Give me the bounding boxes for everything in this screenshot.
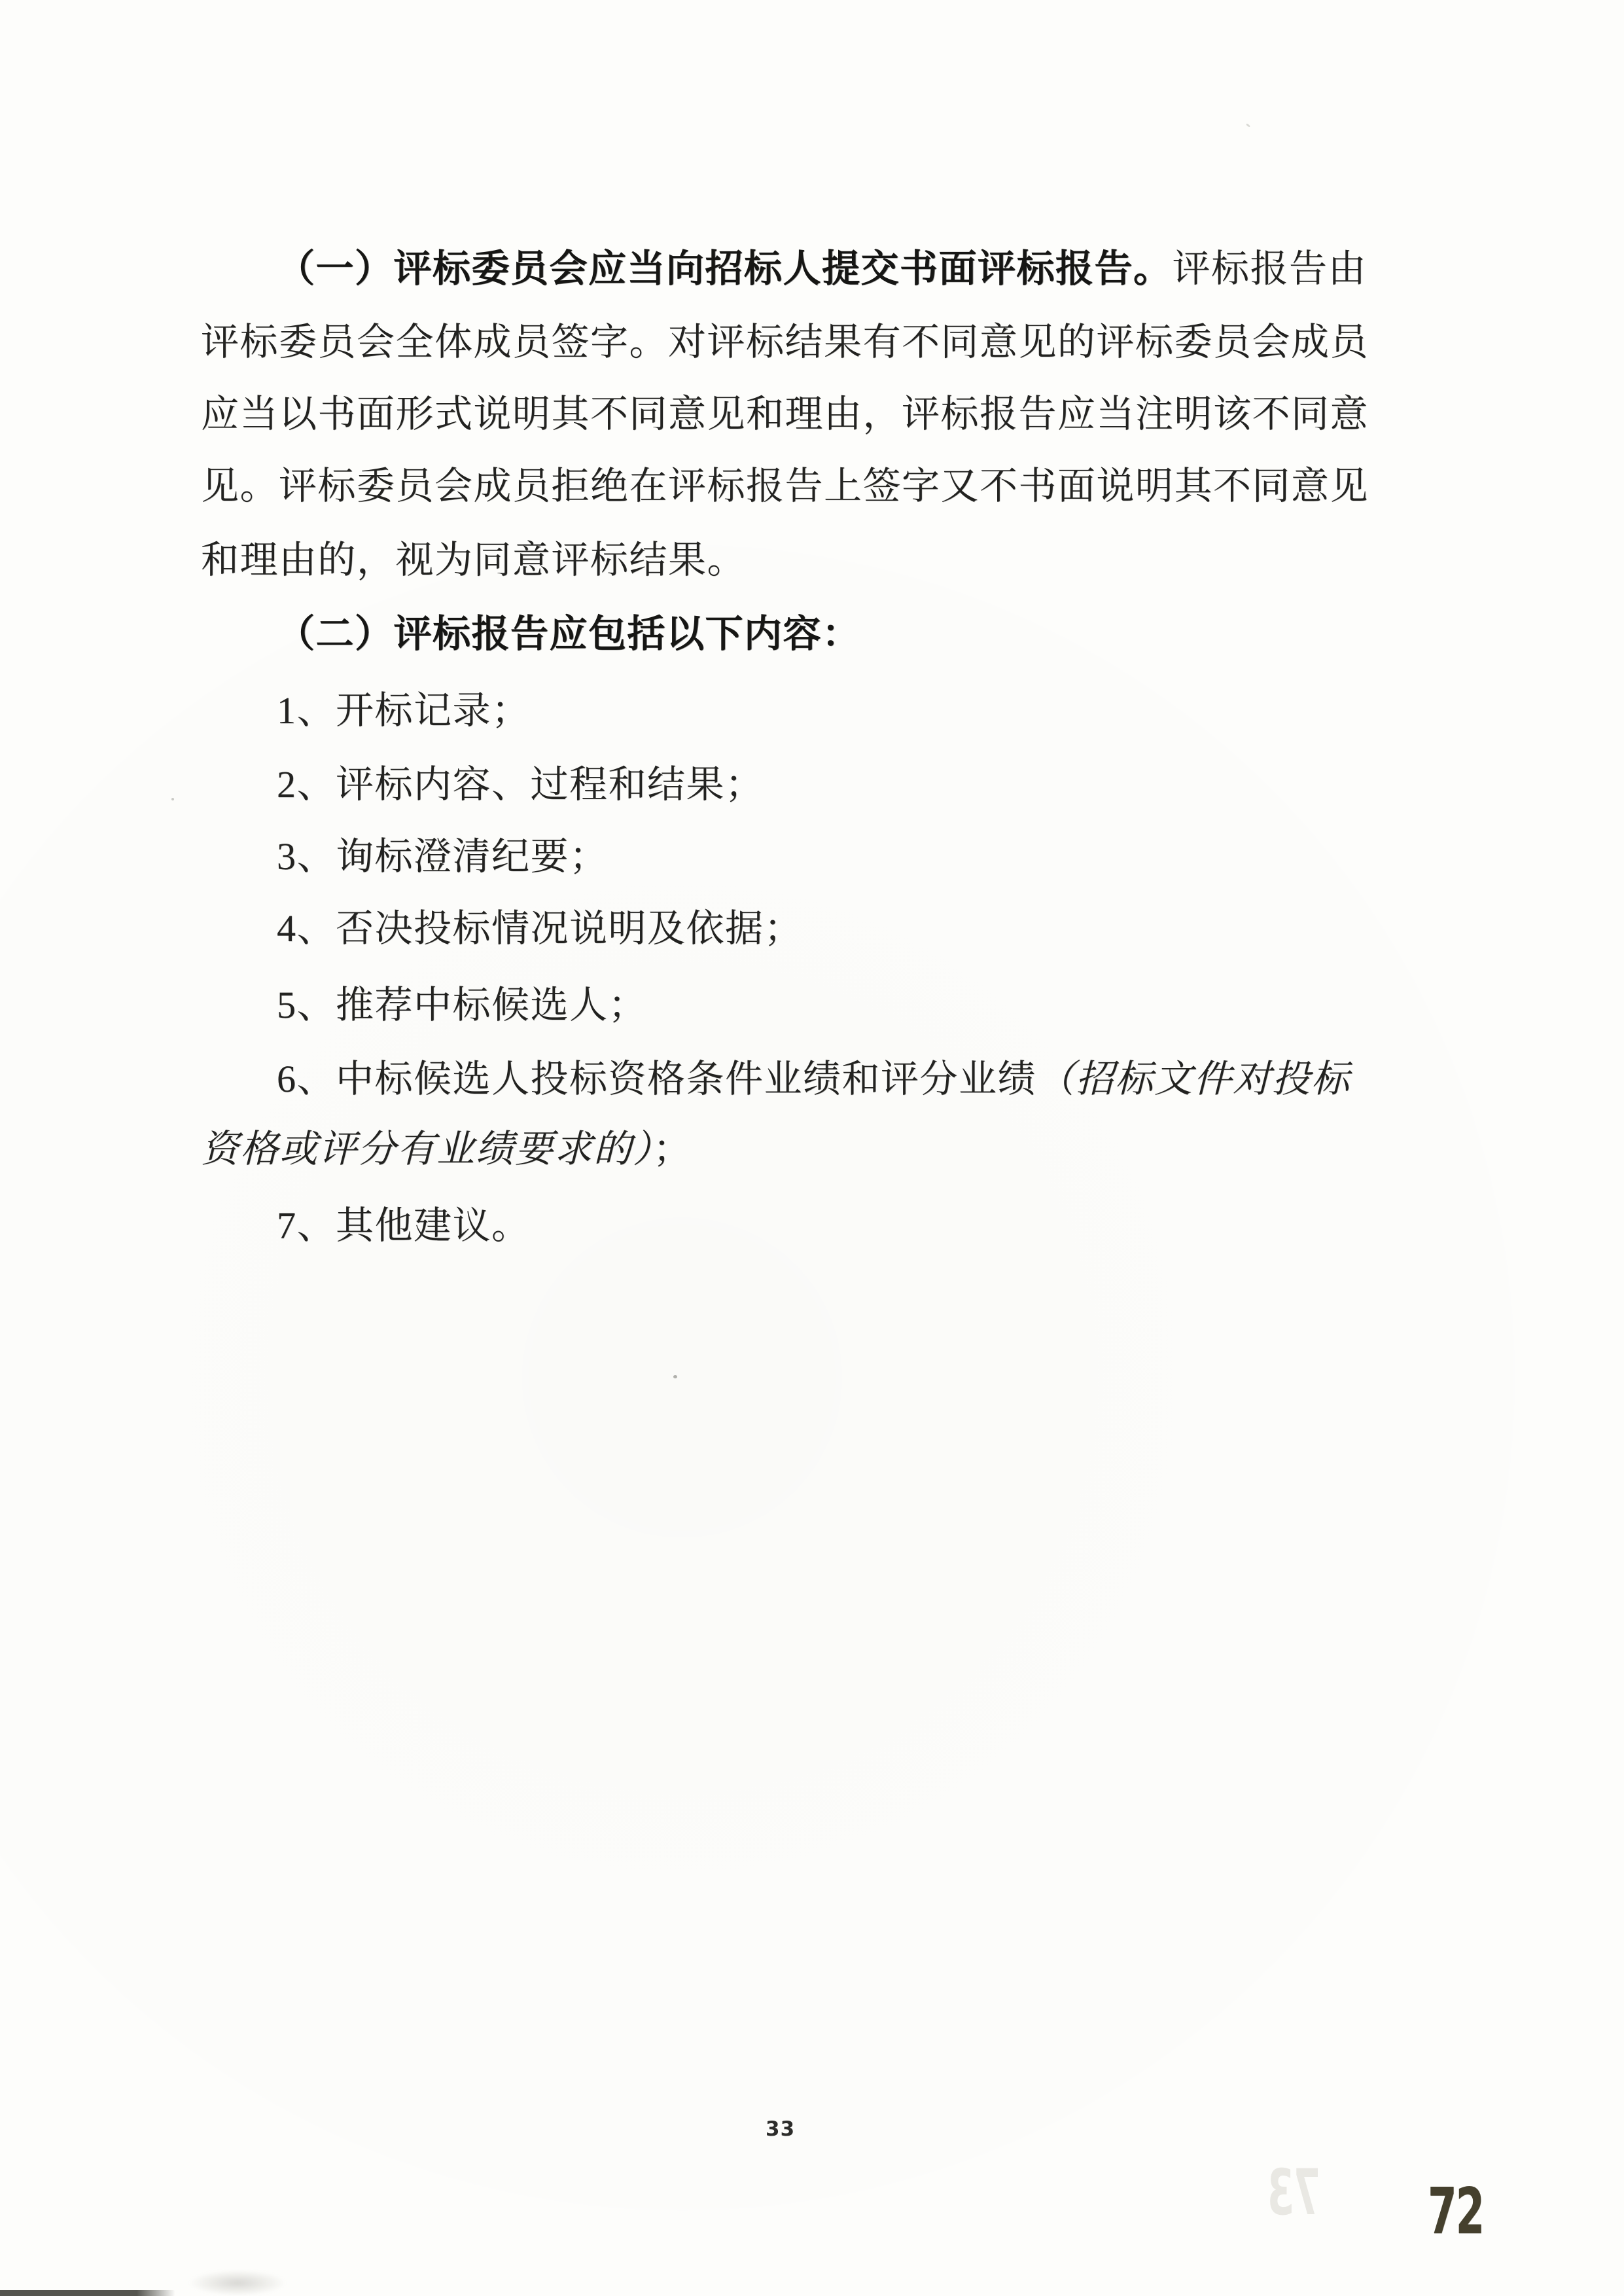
paragraph-line: 应当以书面形式说明其不同意见和理由，评标报告应当注明该不同意	[201, 395, 1369, 433]
body-text: 7、其他建议。	[277, 1204, 531, 1247]
document-page: （一）评标委员会应当向招标人提交书面评标报告。评标报告由 评标委员会全体成员签字…	[0, 0, 1624, 2296]
scan-smudge	[188, 2270, 287, 2296]
parenthetical-note: （招标文件对投标	[1036, 1058, 1350, 1100]
list-item-4: 4、否决投标情况说明及依据；	[277, 910, 803, 948]
body-text: 2、评标内容、过程和结果；	[277, 763, 764, 806]
paragraph-line: 和理由的，视为同意评标结果。	[201, 541, 746, 579]
scan-speck	[1246, 123, 1250, 128]
body-text: ；	[653, 1128, 692, 1170]
body-text: 评标报告由	[1173, 247, 1368, 290]
body-text: 5、推荐中标候选人；	[277, 984, 647, 1026]
list-item-7: 7、其他建议。	[277, 1207, 531, 1245]
section-heading: （二）评标报告应包括以下内容：	[277, 615, 861, 653]
stamped-page-number: 72	[1428, 2179, 1483, 2243]
paragraph-line: （一）评标委员会应当向招标人提交书面评标报告。评标报告由	[277, 250, 1367, 288]
body-text: 4、否决投标情况说明及依据；	[277, 907, 803, 950]
heading-sentence: （一）评标委员会应当向招标人提交书面评标报告。	[277, 247, 1173, 290]
page-number: 33	[766, 2119, 795, 2140]
paragraph-line: 见。评标委员会成员拒绝在评标报告上签字又不书面说明其不同意见	[201, 467, 1369, 505]
heading-sentence: （二）评标报告应包括以下内容：	[277, 613, 861, 655]
list-item-6: 6、中标候选人投标资格条件业绩和评分业绩（招标文件对投标	[277, 1060, 1350, 1098]
ghost-page-number: 73	[1268, 2161, 1320, 2224]
body-text: 1、开标记录；	[277, 689, 531, 732]
body-text: 应当以书面形式说明其不同意见和理由，评标报告应当注明该不同意	[201, 393, 1369, 435]
body-text: 和理由的，视为同意评标结果。	[201, 539, 746, 581]
list-item-5: 5、推荐中标候选人；	[277, 986, 647, 1024]
list-item-1: 1、开标记录；	[277, 692, 531, 730]
body-text: 评标委员会全体成员签字。对评标结果有不同意见的评标委员会成员	[201, 321, 1369, 363]
parenthetical-note: 资格或评分有业绩要求的）	[201, 1128, 653, 1170]
scan-edge-shadow	[0, 2290, 175, 2296]
list-item-2: 2、评标内容、过程和结果；	[277, 766, 764, 804]
paragraph-line: 评标委员会全体成员签字。对评标结果有不同意见的评标委员会成员	[201, 323, 1369, 361]
list-item-3: 3、询标澄清纪要；	[277, 838, 609, 876]
body-text: 见。评标委员会成员拒绝在评标报告上签字又不书面说明其不同意见	[201, 465, 1369, 507]
list-item-6-continued: 资格或评分有业绩要求的）；	[201, 1130, 692, 1168]
scan-speck	[171, 798, 174, 800]
scan-speck	[673, 1375, 677, 1378]
body-text: 3、询标澄清纪要；	[277, 835, 609, 878]
body-text: 6、中标候选人投标资格条件业绩和评分业绩	[277, 1058, 1036, 1100]
